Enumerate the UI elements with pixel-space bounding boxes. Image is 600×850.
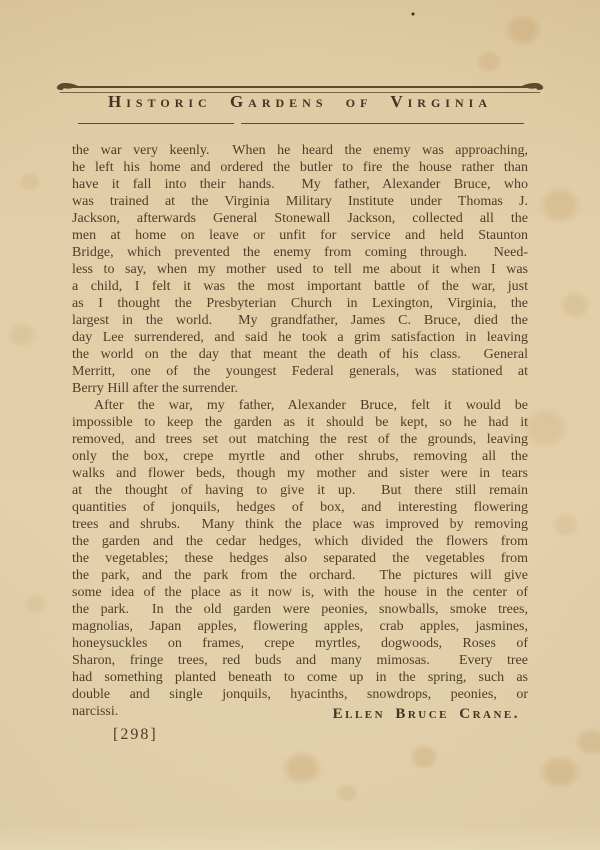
body-text: the war very keenly. When he heard the e… (72, 142, 528, 720)
body-line: some idea of the place as it now is, wit… (72, 584, 528, 601)
page-number: [298] (113, 726, 158, 744)
body-line: was trained at the Virginia Military Ins… (72, 193, 528, 210)
body-line: Bridge, which prevented the enemy from c… (72, 244, 528, 261)
body-line: only the box, crepe myrtle and other shr… (72, 448, 528, 465)
body-line: the vegetables; these hedges also separa… (72, 550, 528, 567)
body-line: largest in the world. My grandfather, Ja… (72, 312, 528, 329)
title-underline-rule (78, 123, 524, 124)
body-line: he left his home and ordered the butler … (72, 159, 528, 176)
body-line: quantities of jonquils, hedges of box, a… (72, 499, 528, 516)
running-head-title: Historic Gardens of Virginia (0, 92, 600, 112)
body-line: the park, and the park from the orchard.… (72, 567, 528, 584)
body-line: have it fall into their hands. My father… (72, 176, 528, 193)
body-line: magnolias, Japan apples, flowering apple… (72, 618, 528, 635)
body-line: walks and flower beds, though my mother … (72, 465, 528, 482)
body-line: a child, I felt it was the most importan… (72, 278, 528, 295)
body-line: less to say, when my mother used to tell… (72, 261, 528, 278)
body-line: removed, and trees set out matching the … (72, 431, 528, 448)
body-line: After the war, my father, Alexander Bruc… (72, 397, 528, 414)
body-line: Sharon, fringe trees, red buds and many … (72, 652, 528, 669)
author-signature: Ellen Bruce Crane. (333, 706, 520, 723)
body-line: day Lee surrendered, and said he took a … (72, 329, 528, 346)
body-line: Jackson, afterwards General Stonewall Ja… (72, 210, 528, 227)
body-line: the war very keenly. When he heard the e… (72, 142, 528, 159)
body-line: as I thought the Presbyterian Church in … (72, 295, 528, 312)
book-page: Historic Gardens of Virginia the war ver… (0, 0, 600, 850)
body-line: honeysuckles on frames, crepe myrtles, d… (72, 635, 528, 652)
body-line: had something planted beneath to come up… (72, 669, 528, 686)
body-line: the park. In the old garden were peonies… (72, 601, 528, 618)
body-line: men at home on leave or unfit for servic… (72, 227, 528, 244)
body-line: impossible to keep the garden as it shou… (72, 414, 528, 431)
body-line: trees and shrubs. Many think the place w… (72, 516, 528, 533)
body-line: at the thought of having to give it up. … (72, 482, 528, 499)
body-lines: the war very keenly. When he heard the e… (72, 142, 528, 720)
body-line: Berry Hill after the surrender. (72, 380, 528, 397)
body-line: the garden and the cedar hedges, which d… (72, 533, 528, 550)
body-line: double and single jonquils, hyacinths, s… (72, 686, 528, 703)
body-line: the world on the day that meant the deat… (72, 346, 528, 363)
body-line: Merritt, one of the youngest Federal gen… (72, 363, 528, 380)
